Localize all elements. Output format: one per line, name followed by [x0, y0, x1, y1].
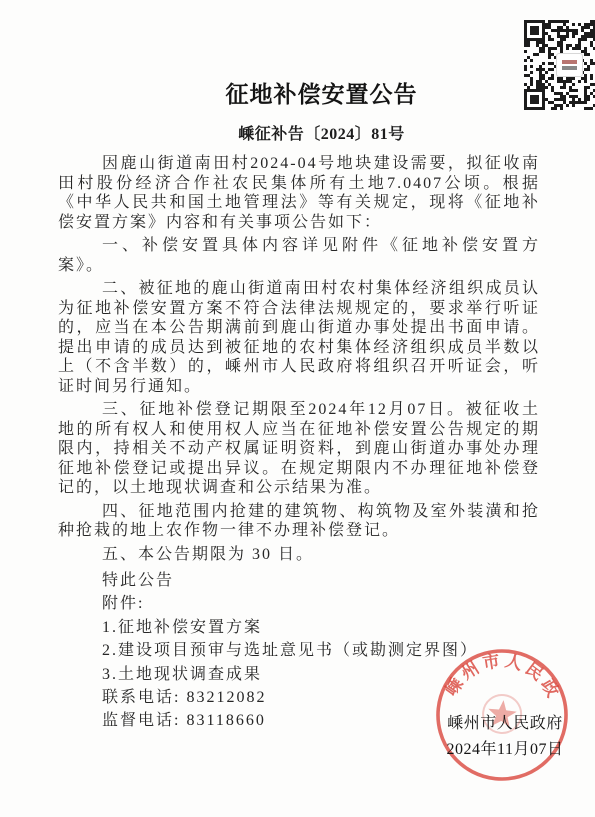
paragraph-item-4: 四、征地范围内抢建的建筑物、构筑物及室外装潢和抢种抢栽的地上农作物一律不办理补偿… [58, 502, 540, 541]
supervision-phone-number: 83118660 [186, 712, 265, 729]
document-number: 嵊征补告〔2024〕81号 [48, 121, 595, 144]
attachments-label: 附件: [58, 592, 540, 615]
contact-phone-label: 联系电话: [102, 689, 180, 706]
document-tail: 特此公告 附件: 1.征地补偿安置方案 2.建设项目预审与选址意见书（或勘测定界… [58, 569, 540, 733]
paragraph-item-3: 三、征地补偿登记期限至2024年12月07日。被征收土地的所有权人和使用权人应当… [58, 400, 540, 498]
signature-date: 2024年11月07日 [440, 737, 570, 763]
paragraph-item-5: 五、本公告期限为 30 日。 [58, 545, 540, 565]
attachment-item: 2.建设项目预审与选址意见书（或勘测定界图） [58, 639, 540, 662]
qr-code [524, 20, 595, 110]
qr-center-logo [556, 53, 583, 77]
page-title: 征地补偿安置公告 [48, 76, 595, 109]
announcement-page: 征地补偿安置公告 嵊征补告〔2024〕81号 因鹿山街道南田村2024-04号地… [0, 0, 595, 817]
signature-block: 嵊州市人民政府 2024年11月07日 [440, 711, 570, 763]
paragraph-item-2: 二、被征地的鹿山街道南田村农村集体经济组织成员认为征地补偿安置方案不符合法律法规… [58, 279, 540, 396]
document-body: 因鹿山街道南田村2024-04号地块建设需要，拟征收南田村股份经济合作社农民集体… [58, 154, 540, 564]
paragraph-item-1: 一、补偿安置具体内容详见附件《征地补偿安置方案》。 [58, 236, 540, 275]
contact-phone-number: 83212082 [186, 689, 266, 706]
closing-text: 特此公告 [58, 569, 540, 592]
document-heading: 征地补偿安置公告 嵊征补告〔2024〕81号 [0, 0, 595, 144]
signature-authority: 嵊州市人民政府 [440, 711, 570, 737]
attachment-item: 3.土地现状调查成果 [58, 663, 540, 686]
contact-phone: 联系电话: 83212082 [58, 686, 540, 709]
attachment-item: 1.征地补偿安置方案 [58, 616, 540, 639]
supervision-phone-label: 监督电话: [102, 712, 180, 729]
paragraph-intro: 因鹿山街道南田村2024-04号地块建设需要，拟征收南田村股份经济合作社农民集体… [58, 154, 540, 232]
